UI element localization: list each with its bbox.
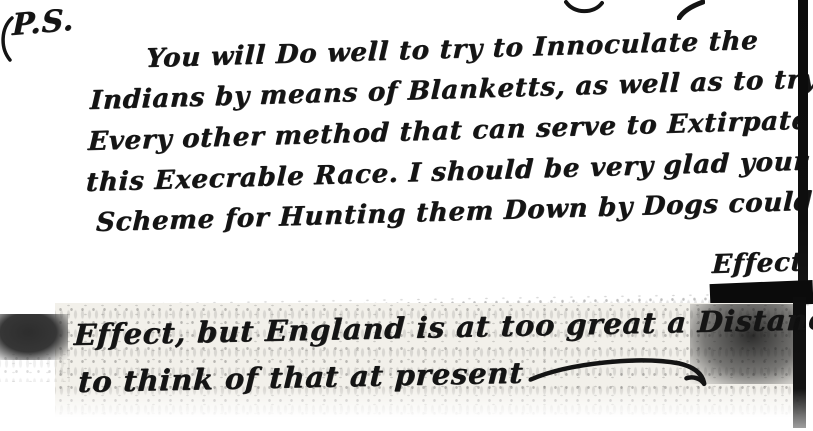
scan-page-edge-strip <box>798 0 808 291</box>
closing-flourish <box>528 354 710 392</box>
cutoff-descender-stroke-right <box>677 0 705 20</box>
letter-line-6-text: Effect <box>711 247 804 280</box>
scan-blob-fringe <box>0 352 70 382</box>
postscript-label: P.S. <box>12 2 75 43</box>
manuscript-scan: P.S. You will Do well to try to Innocula… <box>0 0 813 431</box>
letter-line-1: You will Do well to try to Innoculate th… <box>145 26 759 74</box>
letter-line-6: Effect <box>711 247 804 280</box>
letter-line-1-text: You will Do well to try to Innoculate th… <box>145 26 759 74</box>
cutoff-descender-stroke-left <box>564 0 604 16</box>
